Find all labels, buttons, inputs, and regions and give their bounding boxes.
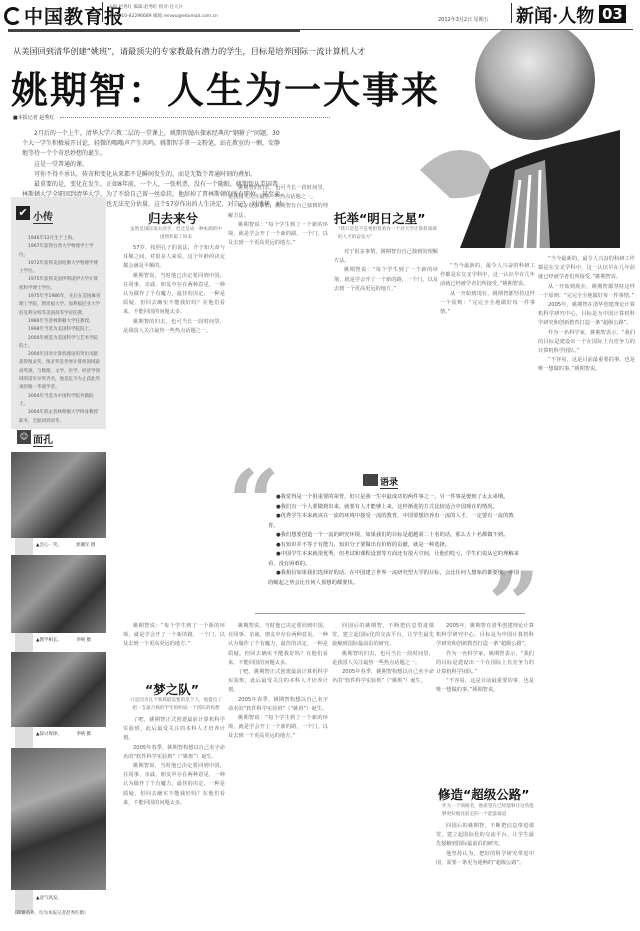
section-deck: “我只是是不是要把我看作一个对大学计算机领域的人才的奋发方” [338,226,438,242]
quotes-title: 语录 [380,475,398,489]
photo-lecture [11,748,106,890]
quotes-rule [255,613,525,614]
photo-credit: 李响 摄 [76,637,91,643]
logo-mark-icon [4,7,22,25]
bio-box: 1946年12月生于上海。 1967年获得台湾大学物理学士学位。 1972年获得… [11,197,106,429]
quote-item: ●有知识并不等于有能力，知识分子要做出有价值的贡献，就是一种选择。 [268,541,524,551]
section-divider [511,3,512,23]
photo-smile [11,452,106,538]
quote-item: ●中国学生本来就很优秀，但考试和课程设置等方面还有很大空间，让他们吃亏，学生们说… [268,550,524,569]
faces-title: 面孔 [33,431,53,447]
page-number: 03 [599,5,626,23]
column-tuoju: 对于很多事情，姚期智有自己独到的理解方法。 姚期智说：“每个学生到了一个新的环境… [334,248,438,458]
photo-caption: ▲教学相长。 [36,637,62,643]
column-guiqulai: 57岁，按照孔子的说法，介于知天命与耳顺之间，对很多人来说，这个年龄的决定都会满… [123,244,225,459]
masthead-divider [102,2,103,22]
section-heading-xiuzao: 修造“超级公路” [438,785,529,803]
photo-caption: ▲探讨规律。 [36,731,62,737]
photo-note: （除署名外，均为本报记者赵秀红摄） [12,910,89,916]
column-mengzhidui: 了吧，姚期智正式创建最前计算机科学实验班，此后最受关注的本科人才培养计划。 20… [123,716,225,921]
column-tuoju-cont: “当今最新的，最令人兴奋的科研工作都是在交叉学科中，这一认识早在几年前就已经被学… [440,262,535,458]
staff-line: 主编:赵秀红 编辑:赵秀红 校对:任大兵 [108,3,218,12]
bio-title: 小传 [33,208,53,224]
section-heading-tuoju: 托举“明日之星” [334,209,425,227]
section-deck: 虽然是国际顶尖高手，但还是成一种本源的中国情怀取了回来 [128,226,224,242]
section-title: 新闻·人物 [516,2,594,28]
contact-line: 电话:010-82296689 邮箱:renwu@edumail.com.cn [108,12,218,21]
masthead-info: 主编:赵秀红 编辑:赵秀红 校对:任大兵 电话:010-82296689 邮箱:… [108,3,218,21]
column-xiuzao: 回国后的姚期智，不断把信息带进课堂，建立起国际化的交流平台，让学生最先接触到国际… [436,822,534,922]
section-heading-mengzhidui: “梦之队” [145,680,199,698]
column-lower-1a: 姚期智说：“每个学生到了一个新的环境，就是学会开了一个新的路，一个门，以及去到一… [123,622,225,672]
issue-date: 2012年3月2日 星期五 [438,16,489,23]
quote-item: ●我们想要创造一个一流的研究环境，如果我们的目标是超越第二十名的话，那么五十名都… [268,531,524,541]
photo-caption: ▲会心一笑。 [36,542,62,548]
column-lower-4: 2005年，姚期智在清华创建理论计算机科学研究中心，目标是为中国计算机科学研究和… [436,622,534,782]
column-continued: 姚期智的归去，也可当长一段时间里，是我国人关注最热一些热点话题之一。 对于很多事… [228,184,328,459]
quote-item: ●优秀学生本来就该在一流的环境中接受一流的教育，中国要想培养出一流的人才，一定要… [268,512,524,531]
headline: 姚期智：人生为一大事来 [11,60,440,114]
quote-item: ●我相信如果我们选择好的话，在中国建立世界一流研究型大学的目标，会比任何人想象的… [268,569,524,588]
face-icon: ☺ [17,430,31,444]
newspaper-logo: 中国教育报 [4,2,124,29]
quotes-list: ●我觉得是一个很重要的荣誉，但只是我一生中最成功的两件事之一，另一件事是娶到了太… [268,493,524,588]
photo-teaching [11,555,106,633]
checkmark-icon: ✔ [16,206,30,220]
section-deck: 只是因为这个领域最需要的是个人，他提出了把一支最合格的学生组织成一个团队的构想 [128,697,224,713]
quote-item: ●我觉得是一个很重要的荣誉，但只是我一生中最成功的两件事之一，另一件事是娶到了太… [268,493,524,503]
column-right: “当今最新的，最令人兴奋的科研工作都是在交叉学科中，这一认识早在几年前就已经被学… [538,255,635,925]
byline: ■本报记者 赵秀红 [13,114,54,121]
photo-credit: 李响 摄 [76,731,91,737]
section-heading-guiqulai: 归去来兮 [148,209,198,227]
quote-section-icon [363,474,378,486]
photo-discussion [11,652,106,727]
byline-rule [60,117,330,118]
quote-item: ●我们有一个人要做到出来，就要有人才能够上来，这样渐进的方式比较适合中国现在的情… [268,503,524,513]
photo-caption: ▲意气风发。 [36,895,62,901]
column-lower-3: 回国后的姚期智，不断把信息带进课堂，建立起国际化的交流平台，让学生最先接触到国际… [332,622,434,922]
section-deck: 作为一个领路者，他希望在已经能够让这些能够更好地往前走的一个能量通道 [442,803,534,819]
column-lower-2: 姚期智说，当时他已决定要回到中国，在同事、亲戚、朋友中存在两种意见，一种认为做作… [228,622,328,922]
kicker: 从美国回到清华创建“姚班”，请最顶尖的专家教最有潜力的学生，目标是培养国际一流计… [13,46,365,57]
photo-credit: 郭湘军 摄 [76,542,95,548]
